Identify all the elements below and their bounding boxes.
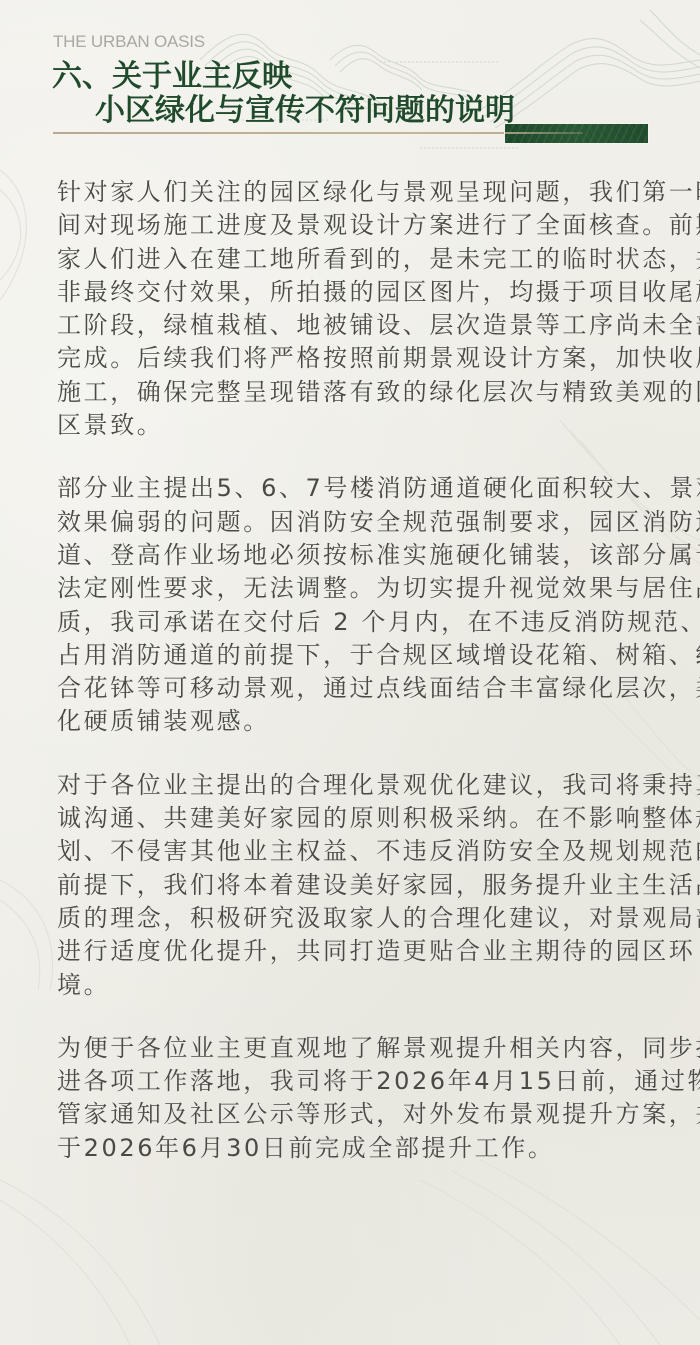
accent-bar-rule-overlay [505,132,583,134]
text-line: 合花钵等可移动景观，通过点线面结合丰富绿化层次，柔 [57,672,657,705]
text-line: 法定刚性要求，无法调整。为切实提升视觉效果与居住品 [57,572,657,605]
text-line: 划、不侵害其他业主权益、不违反消防安全及规划规范的 [57,835,657,868]
text-line: 进行适度优化提升，共同打造更贴合业主期待的园区环 [57,935,657,968]
text-line: 前提下，我们将本着建设美好家园，服务提升业主生活品 [57,869,657,902]
text-line: 区景致。 [57,409,657,442]
notice-body: 针对家人们关注的园区绿化与景观呈现问题，我们第一时 间对现场施工进度及景观设计方… [57,176,657,1195]
text-line: 于2026年6月30日前完成全部提升工作。 [57,1132,657,1165]
brand-wordmark: THE URBAN OASIS [53,32,205,52]
text-line: 对于各位业主提出的合理化景观优化建议，我司将秉持真 [57,769,657,802]
text-line: 道、登高作业场地必须按标准实施硬化铺装，该部分属于 [57,539,657,572]
title-underline-divider [53,132,583,134]
text-line: 针对家人们关注的园区绿化与景观呈现问题，我们第一时 [57,176,657,209]
paragraph-upgrade-timeline: 为便于各位业主更直观地了解景观提升相关内容，同步推 进各项工作落地，我司将于20… [57,1032,657,1165]
text-line: 间对现场施工进度及景观设计方案进行了全面核查。前期 [57,209,657,242]
text-line: 部分业主提出5、6、7号楼消防通道硬化面积较大、景观 [57,472,657,505]
text-line: 质的理念，积极研究汲取家人的合理化建议，对景观局部 [57,902,657,935]
text-line: 质，我司承诺在交付后 2 个月内，在不违反消防规范、不 [57,606,657,639]
text-line: 占用消防通道的前提下，于合规区域增设花箱、树箱、组 [57,639,657,672]
paragraph-owner-suggestions: 对于各位业主提出的合理化景观优化建议，我司将秉持真 诚沟通、共建美好家园的原则积… [57,769,657,1002]
paragraph-fire-lane-paving: 部分业主提出5、6、7号楼消防通道硬化面积较大、景观 效果偏弱的问题。因消防安全… [57,472,657,738]
section-title-line-1: 六、关于业主反映 [52,60,292,94]
section-title-line-2: 小区绿化与宣传不符问题的说明 [95,94,515,128]
text-line: 工阶段，绿植栽植、地被铺设、层次造景等工序尚未全部 [57,309,657,342]
paragraph-greening-status: 针对家人们关注的园区绿化与景观呈现问题，我们第一时 间对现场施工进度及景观设计方… [57,176,657,442]
text-line: 非最终交付效果，所拍摄的园区图片，均摄于项目收尾施 [57,276,657,309]
text-line: 诚沟通、共建美好家园的原则积极采纳。在不影响整体规 [57,802,657,835]
text-line: 境。 [57,969,657,1002]
text-line: 完成。后续我们将严格按照前期景观设计方案，加快收尾 [57,342,657,375]
text-line: 化硬质铺装观感。 [57,705,657,738]
text-line: 效果偏弱的问题。因消防安全规范强制要求，园区消防通 [57,506,657,539]
text-line: 家人们进入在建工地所看到的，是未完工的临时状态，并 [57,243,657,276]
text-line: 管家通知及社区公示等形式，对外发布景观提升方案，并 [57,1098,657,1131]
text-line: 为便于各位业主更直观地了解景观提升相关内容，同步推 [57,1032,657,1065]
text-line: 进各项工作落地，我司将于2026年4月15日前，通过物业 [57,1065,657,1098]
text-line: 施工，确保完整呈现错落有致的绿化层次与精致美观的园 [57,376,657,409]
